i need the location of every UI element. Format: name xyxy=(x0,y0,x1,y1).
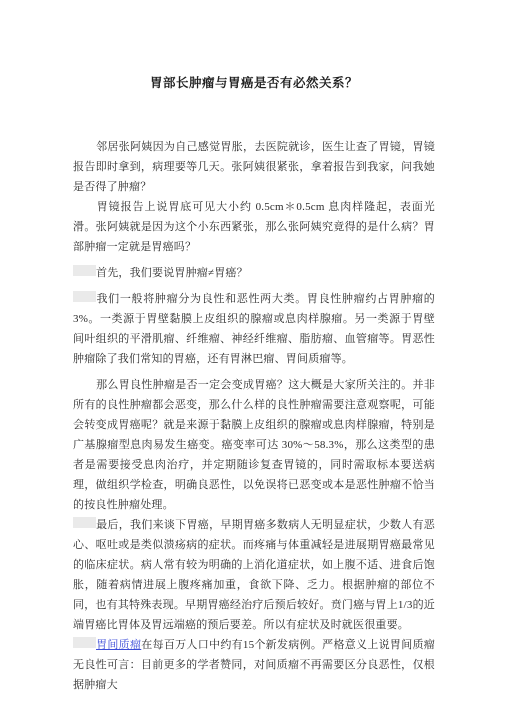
paragraph-indent-highlight xyxy=(73,637,96,648)
paragraph: 最后，我们来谈下胃癌，早期胃癌多数病人无明显症状，少数人有恶心、呕吐或是类似溃疡… xyxy=(73,515,435,635)
gastric-stromal-tumor-link[interactable]: 胃间质瘤 xyxy=(96,639,141,651)
paragraph-indent-highlight xyxy=(73,517,96,528)
paragraph-text: 胃镜报告上说胃底可见大小约 0.5cm＊0.5cm 息肉样隆起，表面光滑。张阿姨… xyxy=(73,201,435,253)
paragraph-text: 最后，我们来谈下胃癌，早期胃癌多数病人无明显症状，少数人有恶心、呕吐或是类似溃疡… xyxy=(73,519,435,631)
paragraph-indent xyxy=(73,377,96,388)
paragraph-indent-highlight xyxy=(73,291,96,302)
paragraph-indent xyxy=(73,139,96,150)
paragraph: 那么胃良性肿瘤是否一定会变成胃癌？这大概是大家所关注的。并非所有的良性肿瘤都会恶… xyxy=(73,375,435,515)
paragraph: 胃镜报告上说胃底可见大小约 0.5cm＊0.5cm 息肉样隆起，表面光滑。张阿姨… xyxy=(73,197,435,257)
paragraph: 我们一般将肿瘤分为良性和恶性两大类。胃良性肿瘤约占胃肿瘤的3%。一类源于胃壁黏膜… xyxy=(73,289,435,369)
paragraph: 邻居张阿姨因为自己感觉胃胀，去医院就诊，医生让查了胃镜，胃镜报告即时拿到，病理要… xyxy=(73,137,435,197)
paragraph: 胃间质瘤在每百万人口中约有15个新发病例。严格意义上说胃间质瘤无良性可言：目前更… xyxy=(73,635,435,695)
paragraph-indent xyxy=(73,199,96,210)
paragraph-text: 那么胃良性肿瘤是否一定会变成胃癌？这大概是大家所关注的。并非所有的良性肿瘤都会恶… xyxy=(73,379,435,511)
paragraph-text: 我们一般将肿瘤分为良性和恶性两大类。胃良性肿瘤约占胃肿瘤的3%。一类源于胃壁黏膜… xyxy=(73,293,435,365)
paragraph: 首先，我们要说胃肿瘤≠胃癌？ xyxy=(73,263,435,283)
paragraph-text: 首先，我们要说胃肿瘤≠胃癌？ xyxy=(96,267,248,279)
article-body: 邻居张阿姨因为自己感觉胃胀，去医院就诊，医生让查了胃镜，胃镜报告即时拿到，病理要… xyxy=(73,137,435,695)
paragraph-indent-highlight xyxy=(73,265,96,276)
document-page: 胃部长肿瘤与胃癌是否有必然关系？ 邻居张阿姨因为自己感觉胃胀，去医院就诊，医生让… xyxy=(0,0,508,720)
paragraph-text: 邻居张阿姨因为自己感觉胃胀，去医院就诊，医生让查了胃镜，胃镜报告即时拿到，病理要… xyxy=(73,141,435,193)
article-title: 胃部长肿瘤与胃癌是否有必然关系？ xyxy=(73,0,435,93)
